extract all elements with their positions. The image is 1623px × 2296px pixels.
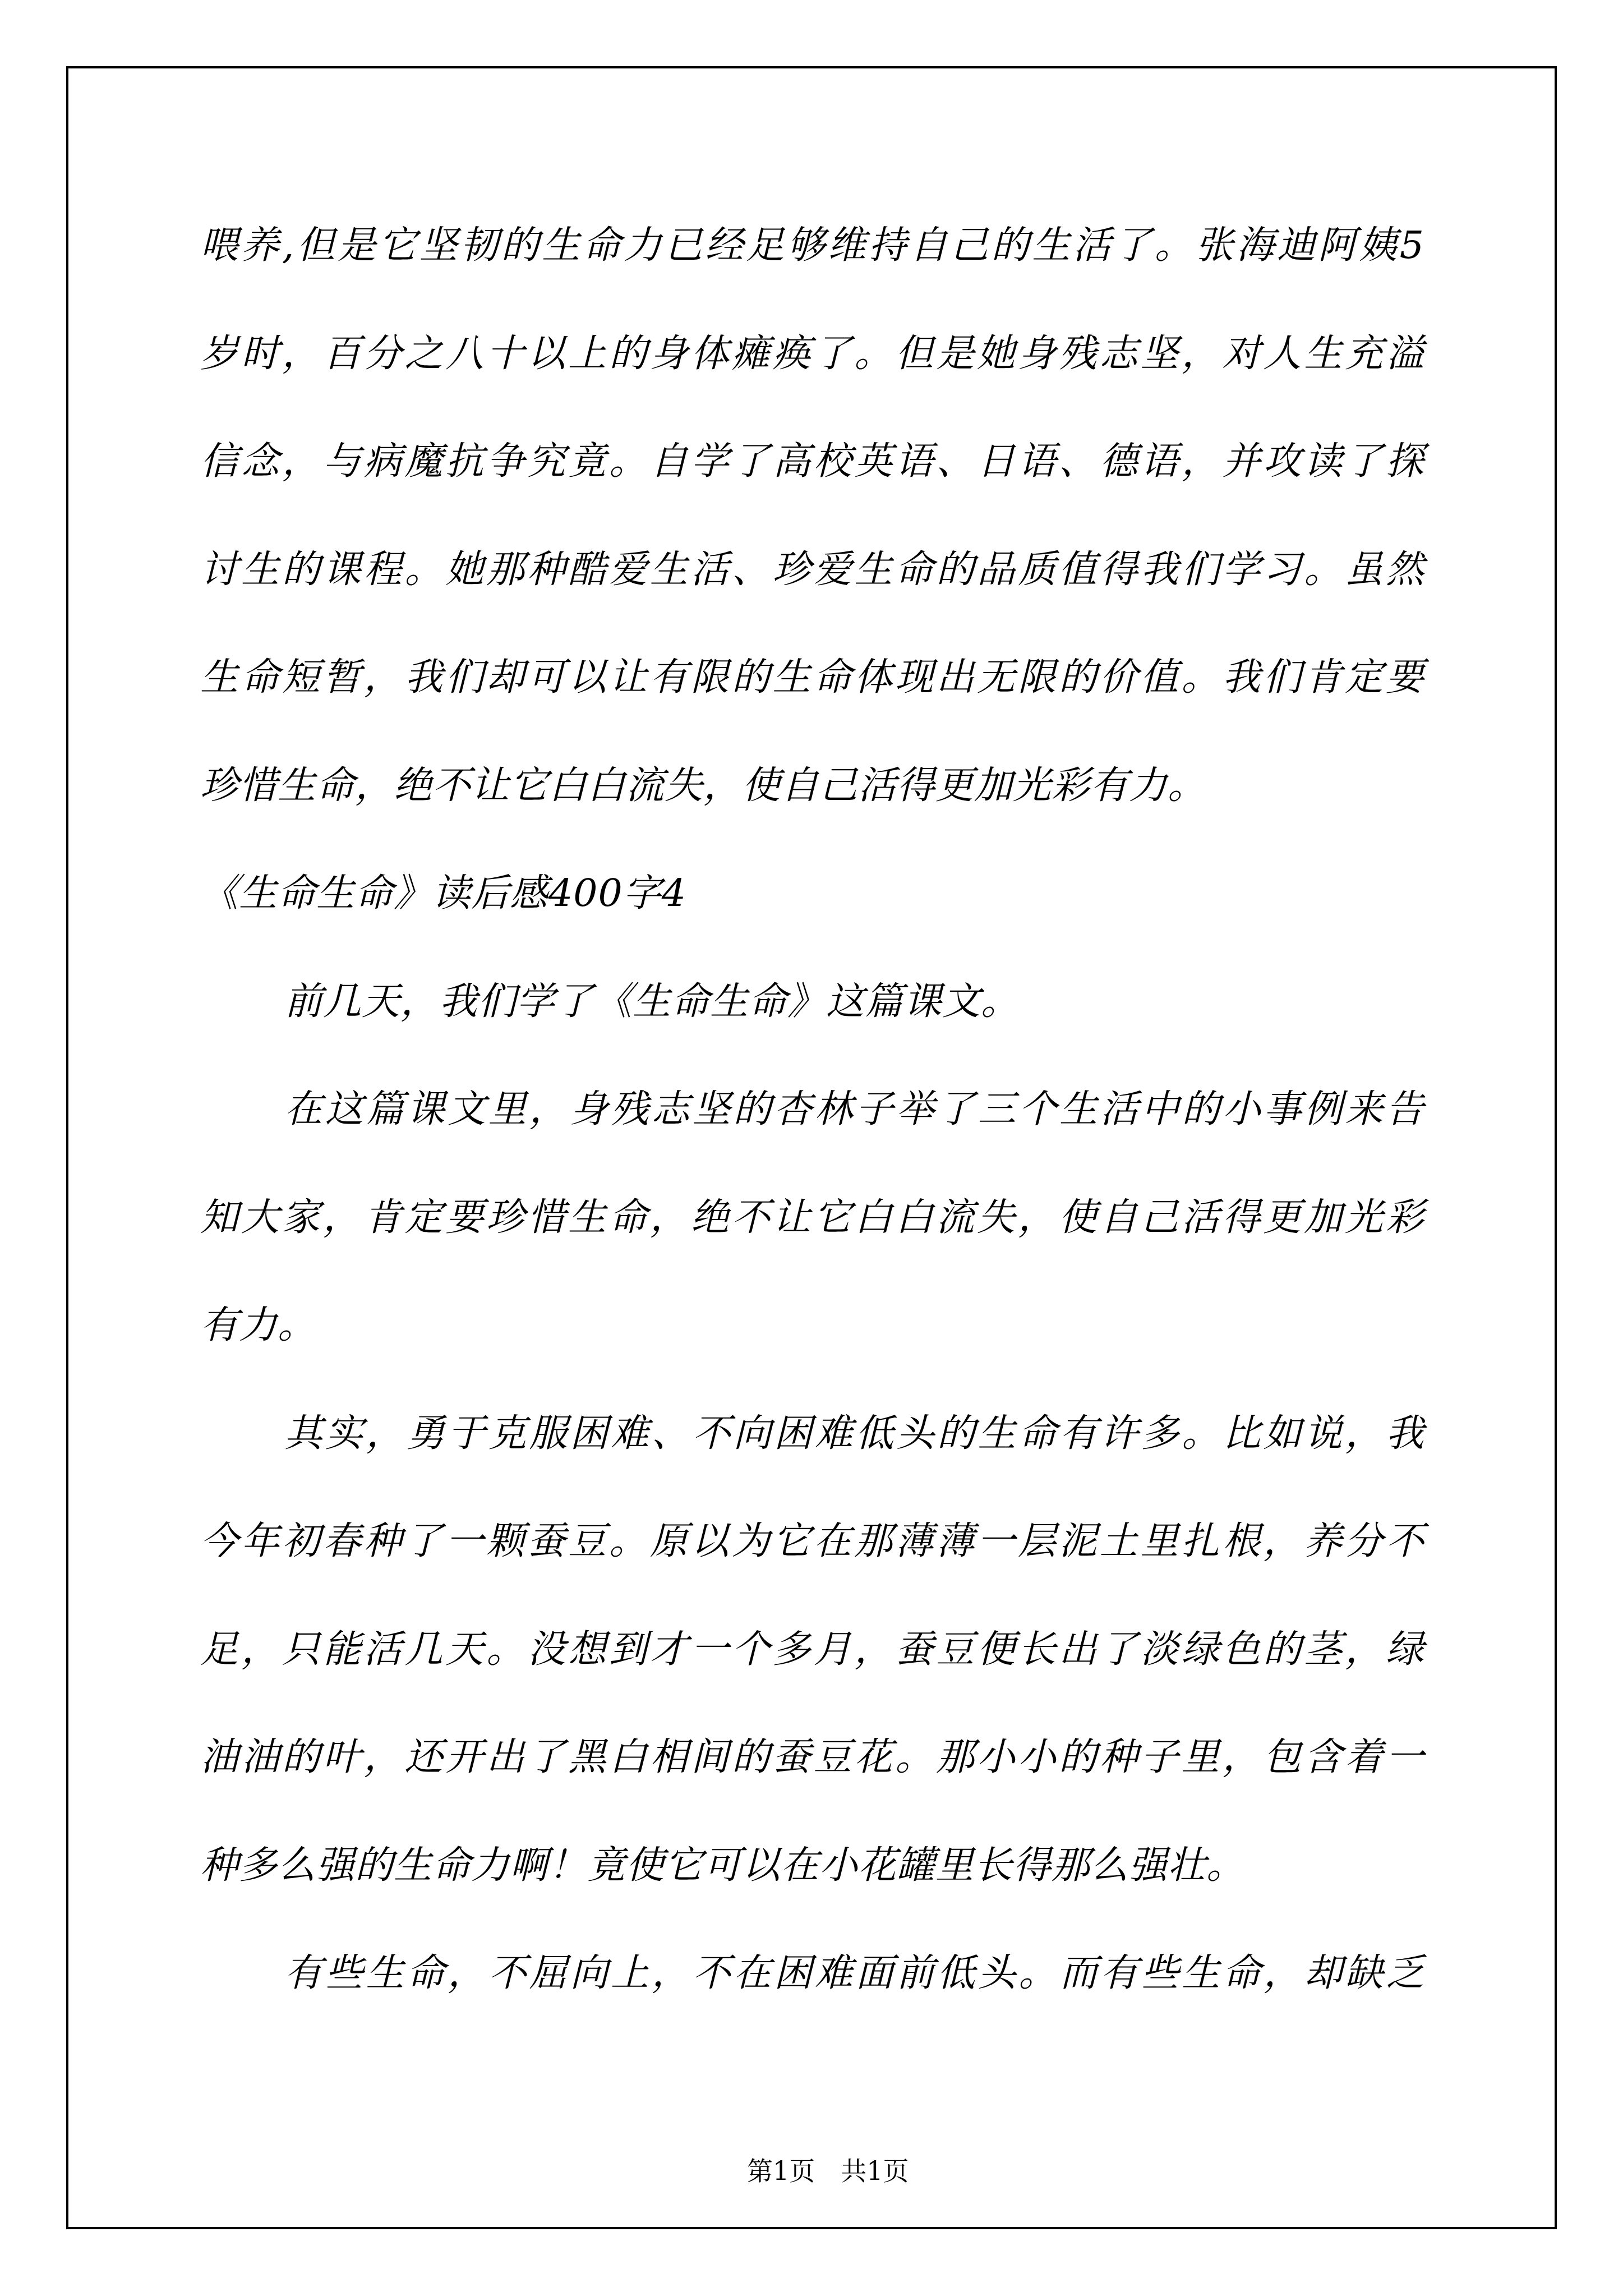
text-line: 喂养,但是它坚韧的生命力已经足够维持自己的生活了。张海迪阿姨5 <box>200 192 1424 300</box>
text-line: 讨生的课程。她那种酷爱生活、珍爱生命的品质值得我们学习。虽然 <box>200 516 1424 624</box>
section-heading: 《生命生命》读后感400字4 <box>200 840 1424 948</box>
footer-page-number: 第1页 共1页 <box>747 2156 909 2186</box>
text-line: 今年初春种了一颗蚕豆。原以为它在那薄薄一层泥土里扎根，养分不 <box>200 1488 1424 1596</box>
text-line: 知大家，肯定要珍惜生命，绝不让它白白流失，使自己活得更加光彩 <box>200 1164 1424 1272</box>
text-block: 喂养,但是它坚韧的生命力已经足够维持自己的生活了。张海迪阿姨5 岁时，百分之八十… <box>200 192 1424 2028</box>
text-line: 前几天，我们学了《生命生命》这篇课文。 <box>200 948 1424 1056</box>
document-page: 喂养,但是它坚韧的生命力已经足够维持自己的生活了。张海迪阿姨5 岁时，百分之八十… <box>0 0 1623 2296</box>
text-line: 生命短暂，我们却可以让有限的生命体现出无限的价值。我们肯定要 <box>200 624 1424 732</box>
page-footer: 第1页 共1页 <box>66 2124 1557 2218</box>
text-line: 信念，与病魔抗争究竟。自学了高校英语、日语、德语，并攻读了探 <box>200 408 1424 516</box>
text-line: 其实，勇于克服困难、不向困难低头的生命有许多。比如说，我 <box>200 1380 1424 1488</box>
text-line: 岁时，百分之八十以上的身体瘫痪了。但是她身残志坚，对人生充溢 <box>200 300 1424 408</box>
text-line: 有些生命，不屈向上，不在困难面前低头。而有些生命，却缺乏 <box>200 1920 1424 2028</box>
text-line: 有力。 <box>200 1272 1424 1380</box>
text-line: 油油的叶，还开出了黑白相间的蚕豆花。那小小的种子里，包含着一 <box>200 1704 1424 1812</box>
text-line: 种多么强的生命力啊！竟使它可以在小花罐里长得那么强壮。 <box>200 1812 1424 1920</box>
text-line: 珍惜生命，绝不让它白白流失，使自己活得更加光彩有力。 <box>200 732 1424 840</box>
text-line: 在这篇课文里，身残志坚的杏林子举了三个生活中的小事例来告 <box>200 1056 1424 1164</box>
text-line: 足，只能活几天。没想到才一个多月，蚕豆便长出了淡绿色的茎，绿 <box>200 1596 1424 1704</box>
